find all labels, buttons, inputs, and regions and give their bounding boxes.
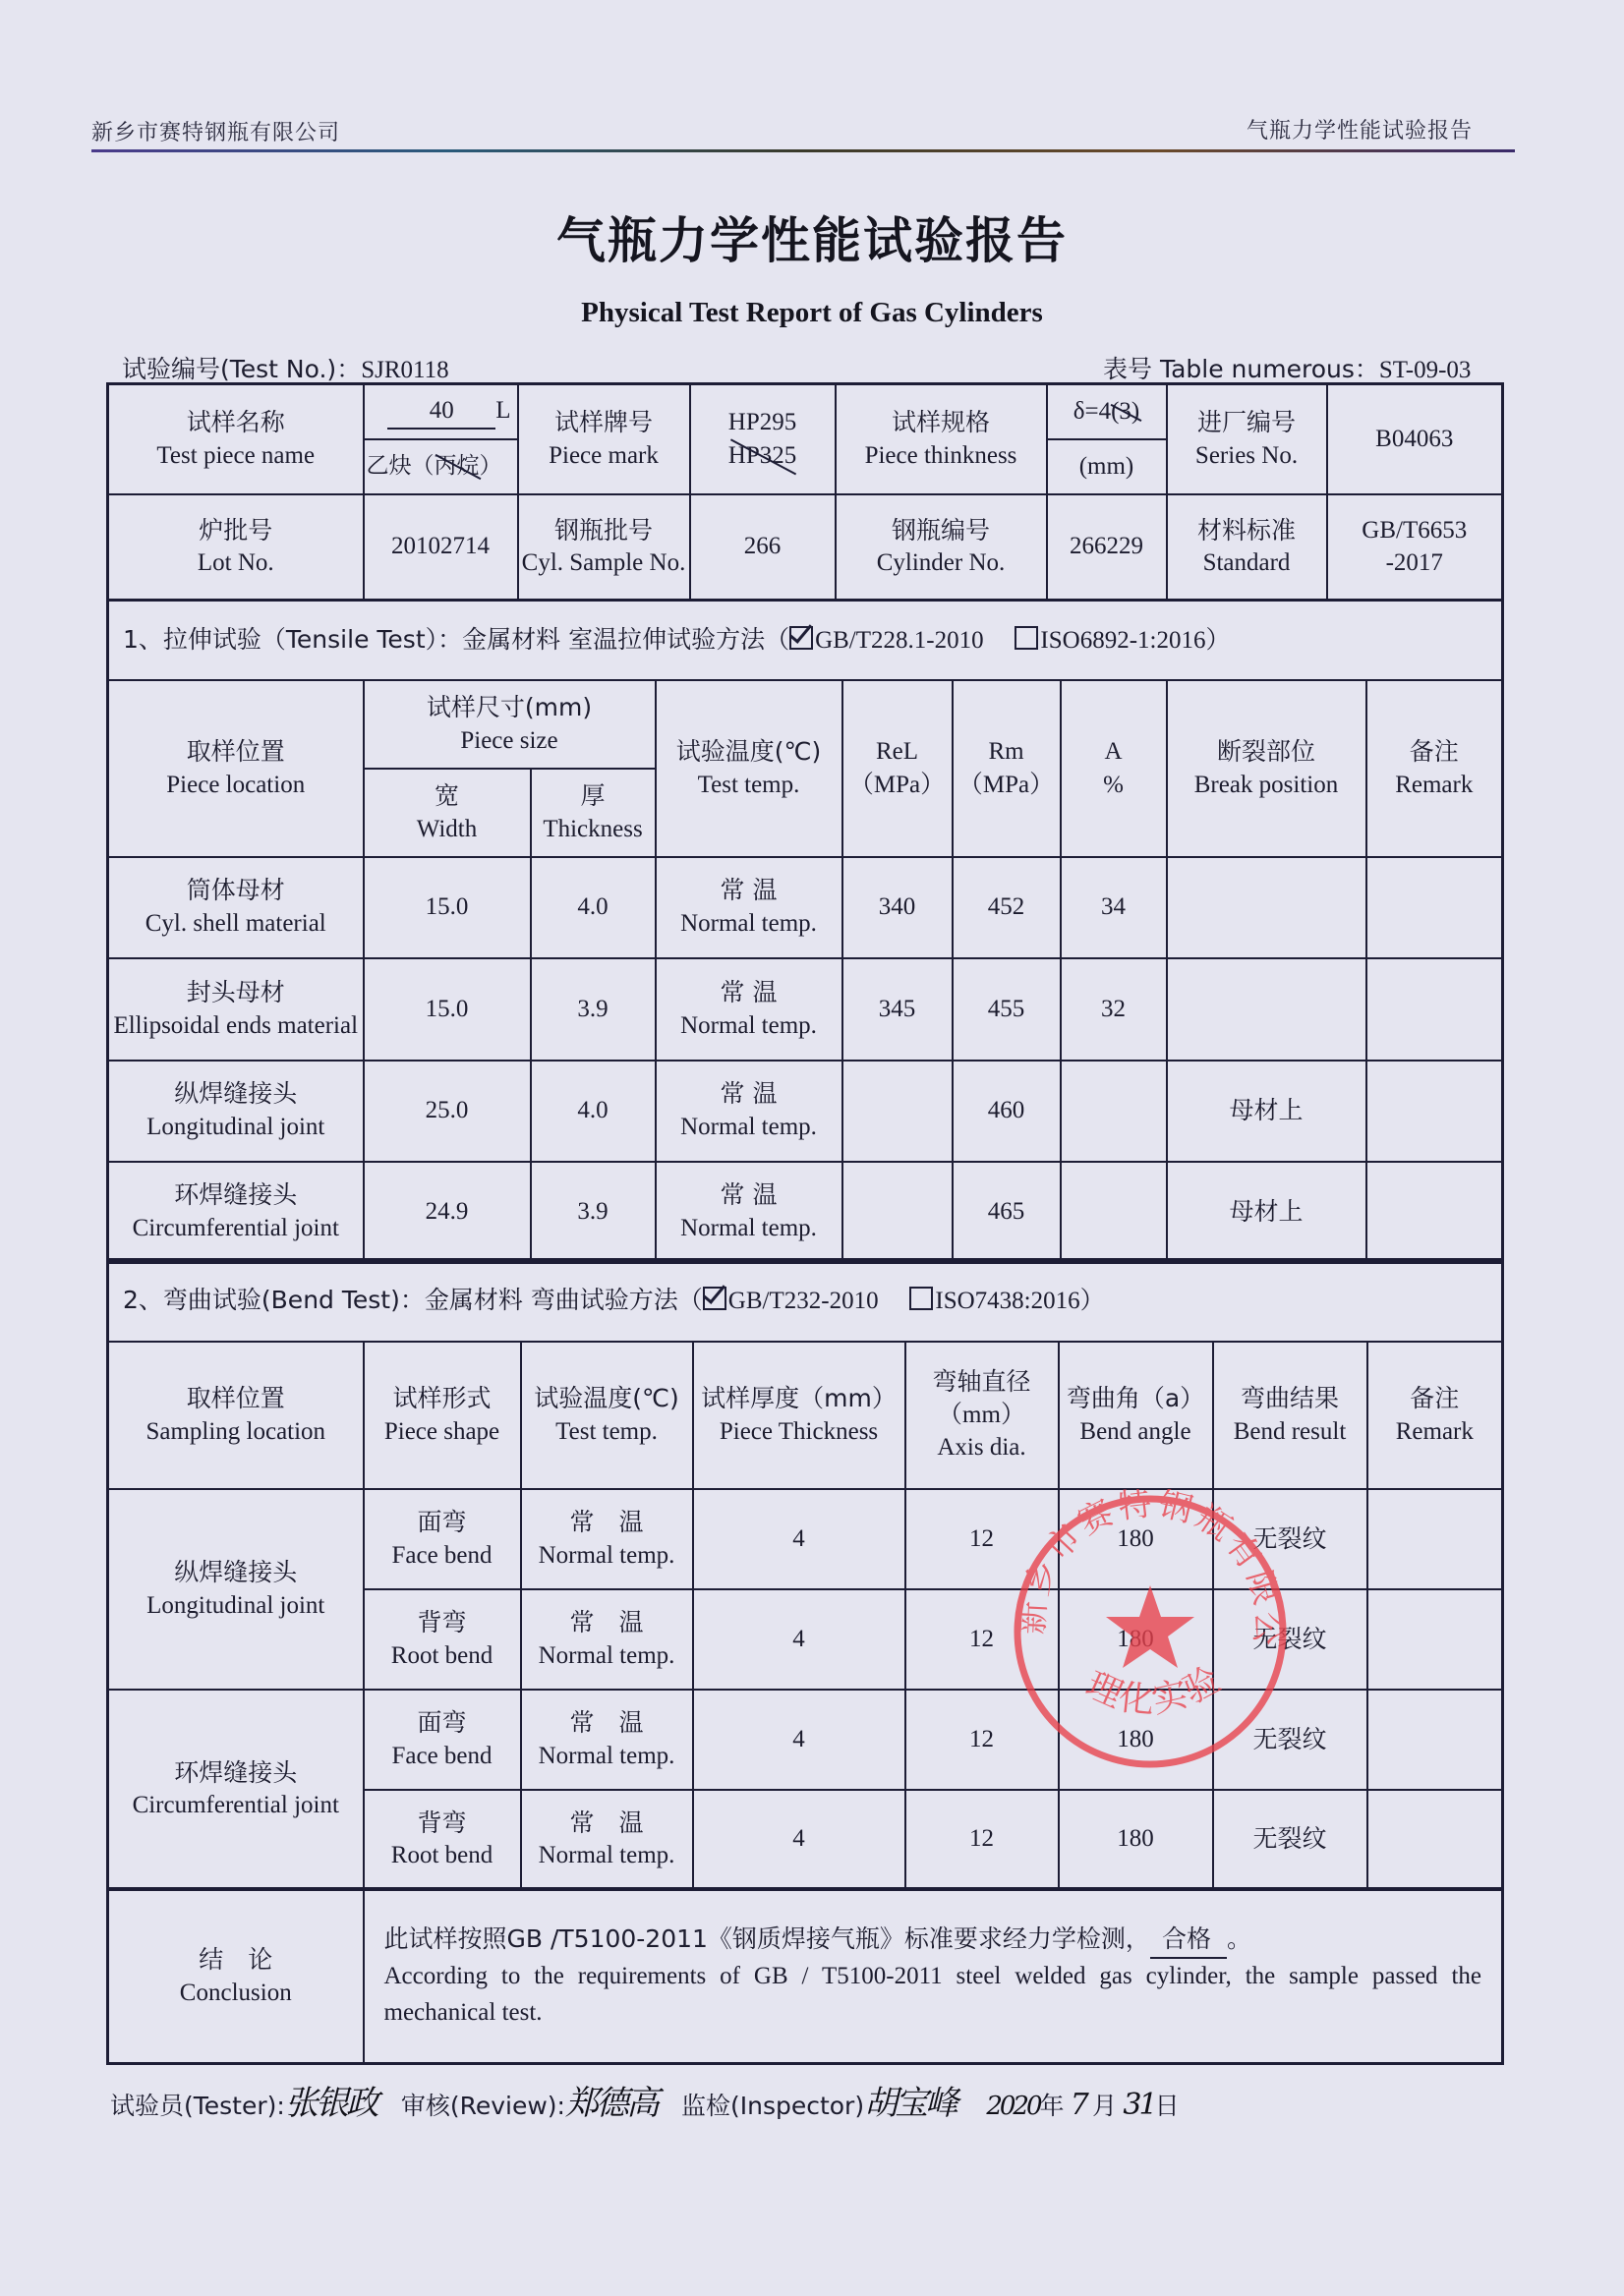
lot-no-value: 20102714 <box>364 494 518 601</box>
bend-axis-dia: 12 <box>905 1489 1059 1589</box>
conclusion-table: 结 论 Conclusion 此试样按照GB /T5100-2011《钢质焊接气… <box>106 1887 1504 2065</box>
series-no-label: 进厂编号 Series No. <box>1167 384 1327 494</box>
volume-cell: 40L <box>364 384 518 439</box>
tensile-temp: 常 温Normal temp. <box>656 1162 842 1263</box>
tensile-a <box>1061 1162 1167 1263</box>
tensile-header-size: 试样尺寸(mm) Piece size <box>364 680 656 769</box>
bend-temp: 常 温Normal temp. <box>521 1790 693 1890</box>
bend-shape: 面弯Face bend <box>364 1489 521 1589</box>
bend-remark <box>1367 1589 1503 1690</box>
volume-unit: L <box>495 397 510 424</box>
cylinder-no-label: 钢瓶编号 Cylinder No. <box>836 494 1047 601</box>
piece-thickness-label: 试样规格 Piece thinkness <box>836 384 1047 494</box>
tensile-header-remark: 备注 Remark <box>1366 680 1503 857</box>
conclusion-label: 结 论 Conclusion <box>108 1889 364 2064</box>
tensile-thickness: 4.0 <box>531 857 656 958</box>
bend-axis-dia: 12 <box>905 1790 1059 1890</box>
test-number: 试验编号(Test No.)：SJR0118 <box>122 350 449 385</box>
tensile-width: 15.0 <box>364 857 531 958</box>
gas-type: 乙炔（丙烷） <box>364 439 518 494</box>
bend-angle: 180 <box>1059 1690 1213 1790</box>
signature-row: 试验员(Tester):张银政 审核(Review):郑德高 监检(Inspec… <box>110 2076 1180 2124</box>
tensile-break-position: 母材上 <box>1167 1061 1366 1162</box>
bend-shape: 背弯Root bend <box>364 1790 521 1890</box>
series-no-value: B04063 <box>1327 384 1503 494</box>
bend-axis-dia: 12 <box>905 1589 1059 1690</box>
bend-thickness: 4 <box>693 1589 905 1690</box>
tensile-thickness: 4.0 <box>531 1061 656 1162</box>
tensile-rel <box>842 1061 953 1162</box>
tensile-row: 环焊缝接头Circumferential joint24.93.9常 温Norm… <box>108 1162 1503 1263</box>
header-divider <box>91 149 1515 152</box>
tester-signature: 张银政 <box>285 2084 377 2123</box>
tensile-thickness: 3.9 <box>531 958 656 1061</box>
tensile-rel: 340 <box>842 857 953 958</box>
checkbox-gb-t228[interactable] <box>789 626 813 650</box>
cyl-sample-no-value: 266 <box>690 494 836 601</box>
test-piece-name-label: 试样名称 Test piece name <box>108 384 364 494</box>
conclusion-result: 合格 <box>1150 1922 1227 1959</box>
page-title-en: Physical Test Report of Gas Cylinders <box>0 297 1624 329</box>
bend-row: 环焊缝接头Circumferential joint面弯Face bend常 温… <box>108 1690 1503 1790</box>
tensile-rm: 455 <box>953 958 1061 1061</box>
table-number-value: ST-09-03 <box>1379 357 1472 383</box>
bend-header-location: 取样位置 Sampling location <box>108 1342 364 1489</box>
review-label: 审核(Review): <box>401 2092 565 2120</box>
date-day: 31 <box>1123 2088 1154 2122</box>
tensile-temp: 常 温Normal temp. <box>656 958 842 1061</box>
tensile-header-a: A % <box>1061 680 1167 857</box>
checkbox-iso6892[interactable] <box>1015 626 1038 650</box>
tensile-remark <box>1366 1162 1503 1263</box>
conclusion-text: 此试样按照GB /T5100-2011《钢质焊接气瓶》标准要求经力学检测，合格。… <box>364 1889 1503 2064</box>
bend-angle: 180 <box>1059 1489 1213 1589</box>
tensile-remark <box>1366 958 1503 1061</box>
test-number-value: SJR0118 <box>361 357 448 383</box>
bend-header-result: 弯曲结果 Bend result <box>1213 1342 1367 1489</box>
table-number-label: 表号 Table numerous： <box>1103 355 1379 383</box>
inspector-label: 监检(Inspector) <box>681 2092 864 2120</box>
bend-section-title: 2、弯曲试验(Bend Test)：金属材料 弯曲试验方法（GB/T232-20… <box>108 1260 1503 1342</box>
bend-thickness: 4 <box>693 1790 905 1890</box>
tensile-rm: 460 <box>953 1061 1061 1162</box>
tensile-location: 筒体母材Cyl. shell material <box>108 857 364 958</box>
date-year: 2020 <box>986 2092 1039 2121</box>
bend-thickness: 4 <box>693 1489 905 1589</box>
standard-value: GB/T6653 -2017 <box>1327 494 1503 601</box>
cylinder-no-value: 266229 <box>1047 494 1167 601</box>
bend-header-shape: 试样形式 Piece shape <box>364 1342 521 1489</box>
tensile-a: 32 <box>1061 958 1167 1061</box>
thickness-struck: (3) <box>1111 395 1139 429</box>
bend-result: 无裂纹 <box>1213 1790 1367 1890</box>
bend-angle: 180 <box>1059 1589 1213 1690</box>
bend-shape: 背弯Root bend <box>364 1589 521 1690</box>
document-type-header: 气瓶力学性能试验报告 <box>1247 114 1473 144</box>
tensile-break-position: 母材上 <box>1167 1162 1366 1263</box>
bend-header-axis: 弯轴直径 （mm） Axis dia. <box>905 1342 1059 1489</box>
tester-label: 试验员(Tester): <box>110 2092 285 2120</box>
checkbox-iso7438[interactable] <box>909 1287 933 1310</box>
bend-remark <box>1367 1690 1503 1790</box>
tensile-rel: 345 <box>842 958 953 1061</box>
tensile-header-location: 取样位置 Piece location <box>108 680 364 857</box>
bend-axis-dia: 12 <box>905 1690 1059 1790</box>
tensile-header-thickness: 厚 Thickness <box>531 769 656 857</box>
inspector-signature: 胡宝峰 <box>864 2084 956 2123</box>
tensile-row: 封头母材Ellipsoidal ends material15.03.9常 温N… <box>108 958 1503 1061</box>
test-number-label: 试验编号(Test No.)： <box>122 355 361 383</box>
tensile-section-title: 1、拉伸试验（Tensile Test）：金属材料 室温拉伸试验方法（GB/T2… <box>108 601 1503 680</box>
tensile-a <box>1061 1061 1167 1162</box>
tensile-row: 纵焊缝接头Longitudinal joint25.04.0常 温Normal … <box>108 1061 1503 1162</box>
tensile-header-rm: Rm （MPa） <box>953 680 1061 857</box>
tensile-rm: 452 <box>953 857 1061 958</box>
piece-mark-struck: HP325 <box>728 439 796 473</box>
tensile-header-break: 断裂部位 Break position <box>1167 680 1366 857</box>
conclusion-text-en: According to the requirements of GB / T5… <box>384 1959 1482 2031</box>
bend-result: 无裂纹 <box>1213 1690 1367 1790</box>
piece-mark-value: HP295 HP325 <box>690 384 836 494</box>
company-name-header: 新乡市赛特钢瓶有限公司 <box>91 116 340 146</box>
tensile-header-rel: ReL （MPa） <box>842 680 953 857</box>
bend-header-thickness: 试样厚度（mm） Piece Thickness <box>693 1342 905 1489</box>
tensile-temp: 常 温Normal temp. <box>656 857 842 958</box>
bend-thickness: 4 <box>693 1690 905 1790</box>
tensile-thickness: 3.9 <box>531 1162 656 1263</box>
page-title-cn: 气瓶力学性能试验报告 <box>0 201 1624 272</box>
tensile-rel <box>842 1162 953 1263</box>
tensile-location: 封头母材Ellipsoidal ends material <box>108 958 364 1061</box>
piece-mark-label: 试样牌号 Piece mark <box>518 384 690 494</box>
tensile-a: 34 <box>1061 857 1167 958</box>
bend-row: 纵焊缝接头Longitudinal joint面弯Face bend常 温Nor… <box>108 1489 1503 1589</box>
tensile-row: 筒体母材Cyl. shell material15.04.0常 温Normal … <box>108 857 1503 958</box>
bend-temp: 常 温Normal temp. <box>521 1589 693 1690</box>
volume-value: 40 <box>387 394 495 430</box>
tensile-remark <box>1366 857 1503 958</box>
tensile-break-position <box>1167 958 1366 1061</box>
thickness-value: δ=4(3) <box>1047 384 1167 439</box>
tensile-rm: 465 <box>953 1162 1061 1263</box>
thickness-unit: (mm) <box>1047 439 1167 494</box>
gas-type-struck: 丙烷 <box>435 451 480 482</box>
bend-location: 纵焊缝接头Longitudinal joint <box>108 1489 364 1690</box>
bend-result: 无裂纹 <box>1213 1589 1367 1690</box>
date-month: 7 <box>1071 2088 1086 2122</box>
lot-no-label: 炉批号 Lot No. <box>108 494 364 601</box>
tensile-location: 纵焊缝接头Longitudinal joint <box>108 1061 364 1162</box>
table-number: 表号 Table numerous：ST-09-03 <box>1103 350 1471 385</box>
tensile-break-position <box>1167 857 1366 958</box>
tensile-width: 25.0 <box>364 1061 531 1162</box>
bend-header-temp: 试验温度(℃) Test temp. <box>521 1342 693 1489</box>
tensile-header-temp: 试验温度(℃) Test temp. <box>656 680 842 857</box>
sample-info-table: 试样名称 Test piece name 40L 试样牌号 Piece mark… <box>106 382 1504 602</box>
bend-header-angle: 弯曲角（a） Bend angle <box>1059 1342 1213 1489</box>
standard-label: 材料标准 Standard <box>1167 494 1327 601</box>
bend-location: 环焊缝接头Circumferential joint <box>108 1690 364 1890</box>
bend-result: 无裂纹 <box>1213 1489 1367 1589</box>
bend-angle: 180 <box>1059 1790 1213 1890</box>
tensile-width: 24.9 <box>364 1162 531 1263</box>
tensile-temp: 常 温Normal temp. <box>656 1061 842 1162</box>
bend-temp: 常 温Normal temp. <box>521 1690 693 1790</box>
tensile-test-table: 1、拉伸试验（Tensile Test）：金属材料 室温拉伸试验方法（GB/T2… <box>106 599 1504 1264</box>
tensile-location: 环焊缝接头Circumferential joint <box>108 1162 364 1263</box>
bend-shape: 面弯Face bend <box>364 1690 521 1790</box>
bend-remark <box>1367 1489 1503 1589</box>
bend-test-table: 2、弯曲试验(Bend Test)：金属材料 弯曲试验方法（GB/T232-20… <box>106 1258 1504 1891</box>
tensile-remark <box>1366 1061 1503 1162</box>
cyl-sample-no-label: 钢瓶批号 Cyl. Sample No. <box>518 494 690 601</box>
bend-temp: 常 温Normal temp. <box>521 1489 693 1589</box>
tensile-width: 15.0 <box>364 958 531 1061</box>
review-signature: 郑德高 <box>565 2084 657 2123</box>
checkbox-gb-t232[interactable] <box>703 1287 726 1310</box>
bend-header-remark: 备注 Remark <box>1367 1342 1503 1489</box>
tensile-header-width: 宽 Width <box>364 769 531 857</box>
bend-remark <box>1367 1790 1503 1890</box>
